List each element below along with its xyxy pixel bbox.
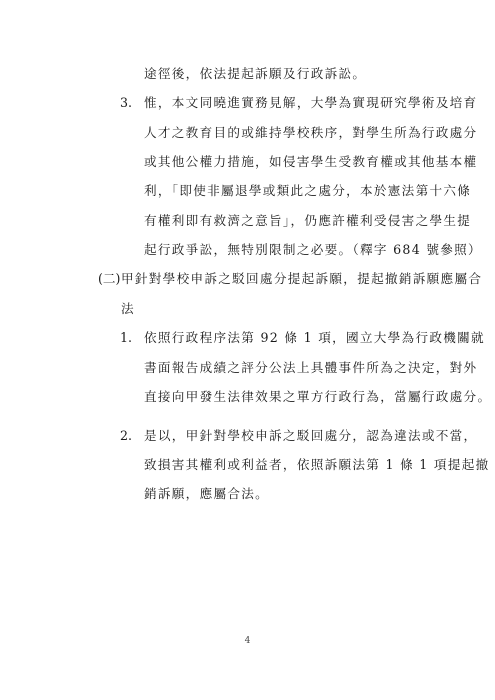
section-marker: (二) [98,271,120,287]
text-line: 途徑後，依法提起訴願及行政訴訟。 [144,66,366,82]
text-line: 有權利即有救濟之意旨」，仍應許權利受侵害之學生提 [144,213,471,229]
text-line: 是以，甲針對學校申訴之駁回處分，認為違法或不當， [144,428,477,444]
text-line: 依照行政程序法第 92 條 1 項，國立大學為行政機關就 [144,330,485,346]
list-marker: 1. [120,330,132,346]
text-line: 起行政爭訟，無特別限制之必要。（釋字 684 號參照） [144,242,482,258]
text-line: 直接向甲發生法律效果之單方行政行為，當屬行政處分。 [144,389,491,405]
text-line: 人才之教育目的或維持學校秩序，對學生所為行政處分 [144,125,477,141]
document-page: 途徑後，依法提起訴願及行政訴訟。 3. 惟，本文同曉進實務見解，大學為實現研究學… [0,0,495,700]
list-marker: 3. [120,95,132,111]
text-line: 銷訴願，應屬合法。 [144,486,269,502]
section-heading-line: 甲針對學校申訴之駁回處分提起訴願，提起撤銷訴願應屬合 [121,271,482,287]
text-line: 或其他公權力措施，如侵害學生受教育權或其他基本權 [144,154,477,170]
page-number: 4 [0,636,495,646]
section-heading-line: 法 [121,301,135,317]
list-marker: 2. [120,428,132,444]
text-line: 惟，本文同曉進實務見解，大學為實現研究學術及培育 [144,95,477,111]
text-line: 利，「即使非屬退學或類此之處分，本於憲法第十六條 [144,183,471,199]
text-line: 致損害其權利或利益者，依照訴願法第 1 條 1 項提起撤 [144,457,490,473]
text-line: 書面報告成績之評分公法上具體事件所為之決定，對外 [144,360,477,376]
